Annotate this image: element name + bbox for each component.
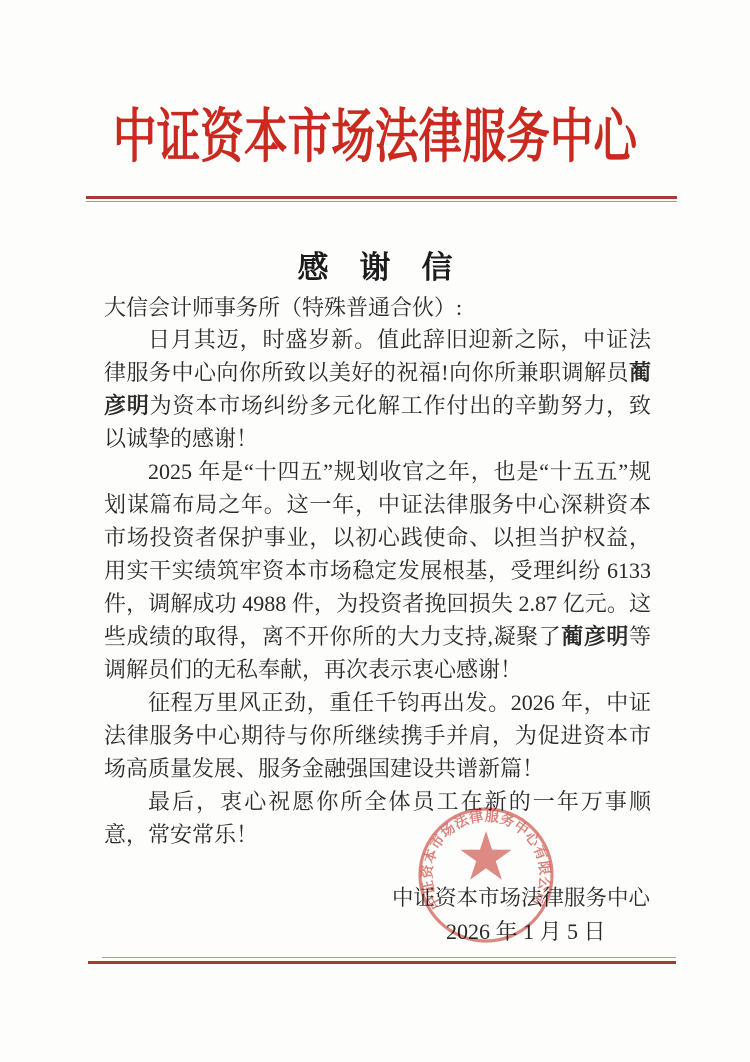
salutation: 大信会计师事务所（特殊普通合伙）:	[104, 291, 462, 322]
paragraph-text: 最后，衷心祝愿你所全体员工在新的一年万事顺意，常安常乐！	[104, 789, 651, 847]
letter-title: 感 谢 信	[0, 242, 750, 287]
body-paragraph: 征程万里风正劲，重任千钧再出发。2026 年，中证法律服务中心期待与你所继续携手…	[104, 686, 651, 785]
letterhead-divider	[86, 196, 677, 202]
signature-date: 2026 年 1 月 5 日	[446, 915, 606, 946]
footer-divider-thin-line	[102, 957, 676, 958]
mediator-name: 蔺彦明	[561, 624, 629, 649]
body-paragraph: 最后，衷心祝愿你所全体员工在新的一年万事顺意，常安常乐！	[104, 785, 651, 851]
letterhead-divider-thin-line	[86, 201, 677, 202]
letter-page: 中证资本市场法律服务中心 感 谢 信 大信会计师事务所（特殊普通合伙）: 日月其…	[0, 0, 750, 1062]
letter-body: 日月其迈，时盛岁新。值此辞旧迎新之际，中证法律服务中心向你所致以美好的祝福!向你…	[104, 323, 651, 851]
paragraph-text: 为资本市场纠纷多元化解工作付出的辛勤努力，致以诚挚的感谢！	[104, 393, 651, 451]
letterhead-org-title: 中证资本市场法律服务中心	[60, 90, 690, 174]
footer-divider	[88, 957, 676, 964]
paragraph-text: 日月其迈，时盛岁新。值此辞旧迎新之际，中证法律服务中心向你所致以美好的祝福!向你…	[104, 327, 651, 385]
body-paragraph: 日月其迈，时盛岁新。值此辞旧迎新之际，中证法律服务中心向你所致以美好的祝福!向你…	[104, 323, 651, 455]
paragraph-text: 征程万里风正劲，重任千钧再出发。2026 年，中证法律服务中心期待与你所继续携手…	[104, 690, 651, 781]
signature-org-name: 中证资本市场法律服务中心	[392, 881, 650, 912]
body-paragraph: 2025 年是“十四五”规划收官之年，也是“十五五”规划谋篇布局之年。这一年，中…	[104, 455, 651, 686]
paragraph-text: 2025 年是“十四五”规划收官之年，也是“十五五”规划谋篇布局之年。这一年，中…	[104, 459, 651, 649]
footer-divider-thick-line	[88, 961, 676, 964]
letterhead-divider-thick-line	[86, 196, 677, 199]
